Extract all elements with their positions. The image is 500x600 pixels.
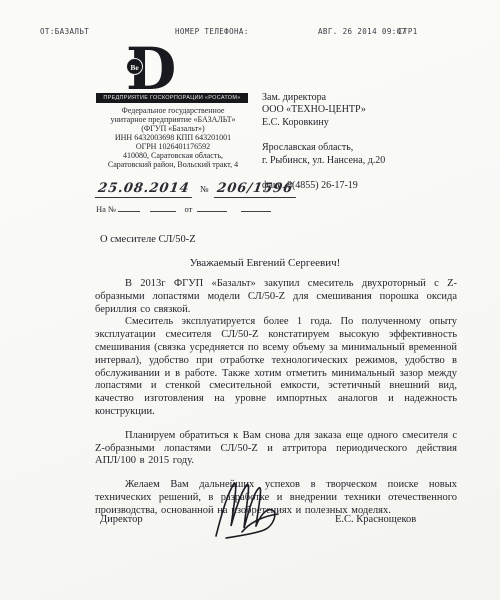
salutation: Уважаемый Евгений Сергеевич! (95, 257, 435, 269)
letterhead-line: унитарное предприятие «БАЗАЛЬТ» (58, 115, 288, 124)
blank-line (150, 203, 176, 212)
blank-line (241, 203, 271, 212)
rosatom-banner: ПРЕДПРИЯТИЕ ГОСКОРПОРАЦИИ «РОСАТОМ» (96, 93, 248, 103)
reply-reference-line: На № от (96, 203, 356, 214)
spacer (262, 167, 472, 180)
handwritten-signature (198, 478, 298, 542)
fax-datetime: АВГ. 26 2014 09:07 (318, 27, 406, 36)
spacer (262, 129, 472, 142)
signer-title: Директор (100, 514, 143, 525)
addressee-region: Ярославская область, (262, 142, 472, 154)
fax-transmission-header: ОТ:БАЗАЛЬТ НОМЕР ТЕЛЕФОНА: АВГ. 26 2014 … (0, 27, 500, 39)
blank-line (197, 203, 227, 212)
letterhead-line: 410080, Саратовская область, (58, 151, 288, 160)
body-paragraph: В 2013г ФГУП «Базальт» закупил смеситель… (95, 278, 457, 316)
handwritten-date: 25.08.2014 (95, 181, 195, 198)
fax-sender: ОТ:БАЗАЛЬТ (40, 27, 89, 36)
beryllium-badge-icon: Be (126, 58, 143, 75)
letterhead-line: Федеральное государственное (58, 106, 288, 115)
fax-phone-label: НОМЕР ТЕЛЕФОНА: (175, 27, 249, 36)
letter-subject: О смесителе СЛ/50-Z (100, 234, 196, 245)
addressee-street: г. Рыбинск, ул. Нансена, д.20 (262, 155, 472, 167)
outgoing-reference-line: 25.08.2014 № 206/1596 (96, 181, 356, 201)
addressee-company: ООО «ТЕХНО-ЦЕНТР» (262, 104, 472, 116)
signer-name: Е.С. Краснощеков (335, 514, 416, 525)
letterhead-line: ИНН 6432003698 КПП 643201001 (58, 133, 288, 142)
addressee-block: Зам. директора ООО «ТЕХНО-ЦЕНТР» Е.С. Ко… (262, 92, 472, 192)
letterhead-line: Саратовский район, Вольский тракт, 4 (58, 160, 288, 169)
number-sign: № (200, 184, 209, 194)
scanned-letter-page: ОТ:БАЗАЛЬТ НОМЕР ТЕЛЕФОНА: АВГ. 26 2014 … (0, 0, 500, 600)
letterhead-line: ОГРН 1026401176592 (58, 142, 288, 151)
reply-label: На № (96, 204, 116, 214)
blank-line (118, 203, 140, 212)
letterhead-requisites: Федеральное государственное унитарное пр… (58, 106, 288, 169)
company-logo: D Be (126, 44, 196, 96)
body-paragraph: Планируем обратиться к Вам снова для зак… (95, 430, 457, 468)
handwritten-number: 206/1596 (214, 181, 298, 198)
body-paragraph: Смеситель эксплуатируется более 1 года. … (95, 316, 457, 418)
from-label: от (185, 204, 193, 214)
fax-page-number: СТР1 (398, 27, 418, 36)
addressee-title: Зам. директора (262, 92, 472, 104)
addressee-person: Е.С. Коровкину (262, 117, 472, 129)
letterhead-line: (ФГУП «Базальт») (58, 124, 288, 133)
